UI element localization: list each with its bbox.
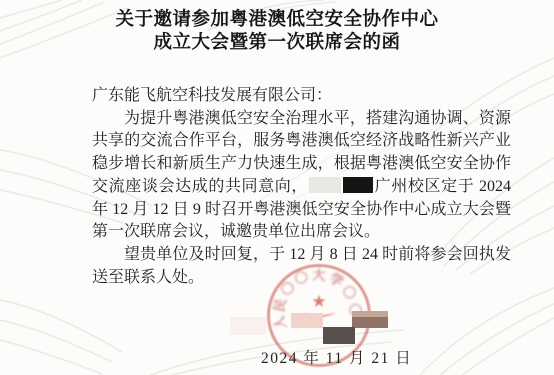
redaction-patch-light xyxy=(230,317,266,335)
letter-body: 广东能飞航空科技发展有限公司： 为提升粤港澳低空安全治理水平，搭建沟通协调、资源… xyxy=(92,85,511,289)
seal-arc-char: 〇 xyxy=(339,282,362,303)
document-title-line2: 成立大会暨第一次联席会的函 xyxy=(0,32,554,55)
document-title-line1: 关于邀请参加粤港澳低空安全协作中心 xyxy=(0,9,554,32)
scanned-letter-page: { "document": { "title_line1": "关于邀请参加粤港… xyxy=(0,0,554,375)
redaction-patch-brown xyxy=(352,311,388,328)
paragraph-1: 为提升粤港澳低空安全治理水平，搭建沟通协调、资源共享的交流合作平台，服务粤港澳低… xyxy=(92,108,511,244)
seal-arc-char: 人 xyxy=(268,314,290,331)
document-date: 2024 年 11 月 21 日 xyxy=(261,346,412,368)
inline-redaction-black xyxy=(343,177,373,193)
seal-arc-char: 大 xyxy=(312,264,326,284)
seal-arc-char: 民 xyxy=(268,296,289,313)
inline-redaction-gray xyxy=(309,177,341,193)
redaction-patch-pink xyxy=(291,313,323,328)
document-title: 关于邀请参加粤港澳低空安全协作中心 成立大会暨第一次联席会的函 xyxy=(0,9,554,55)
salutation: 广东能飞航空科技发展有限公司： xyxy=(92,85,511,108)
redaction-patch-dark xyxy=(323,327,355,344)
